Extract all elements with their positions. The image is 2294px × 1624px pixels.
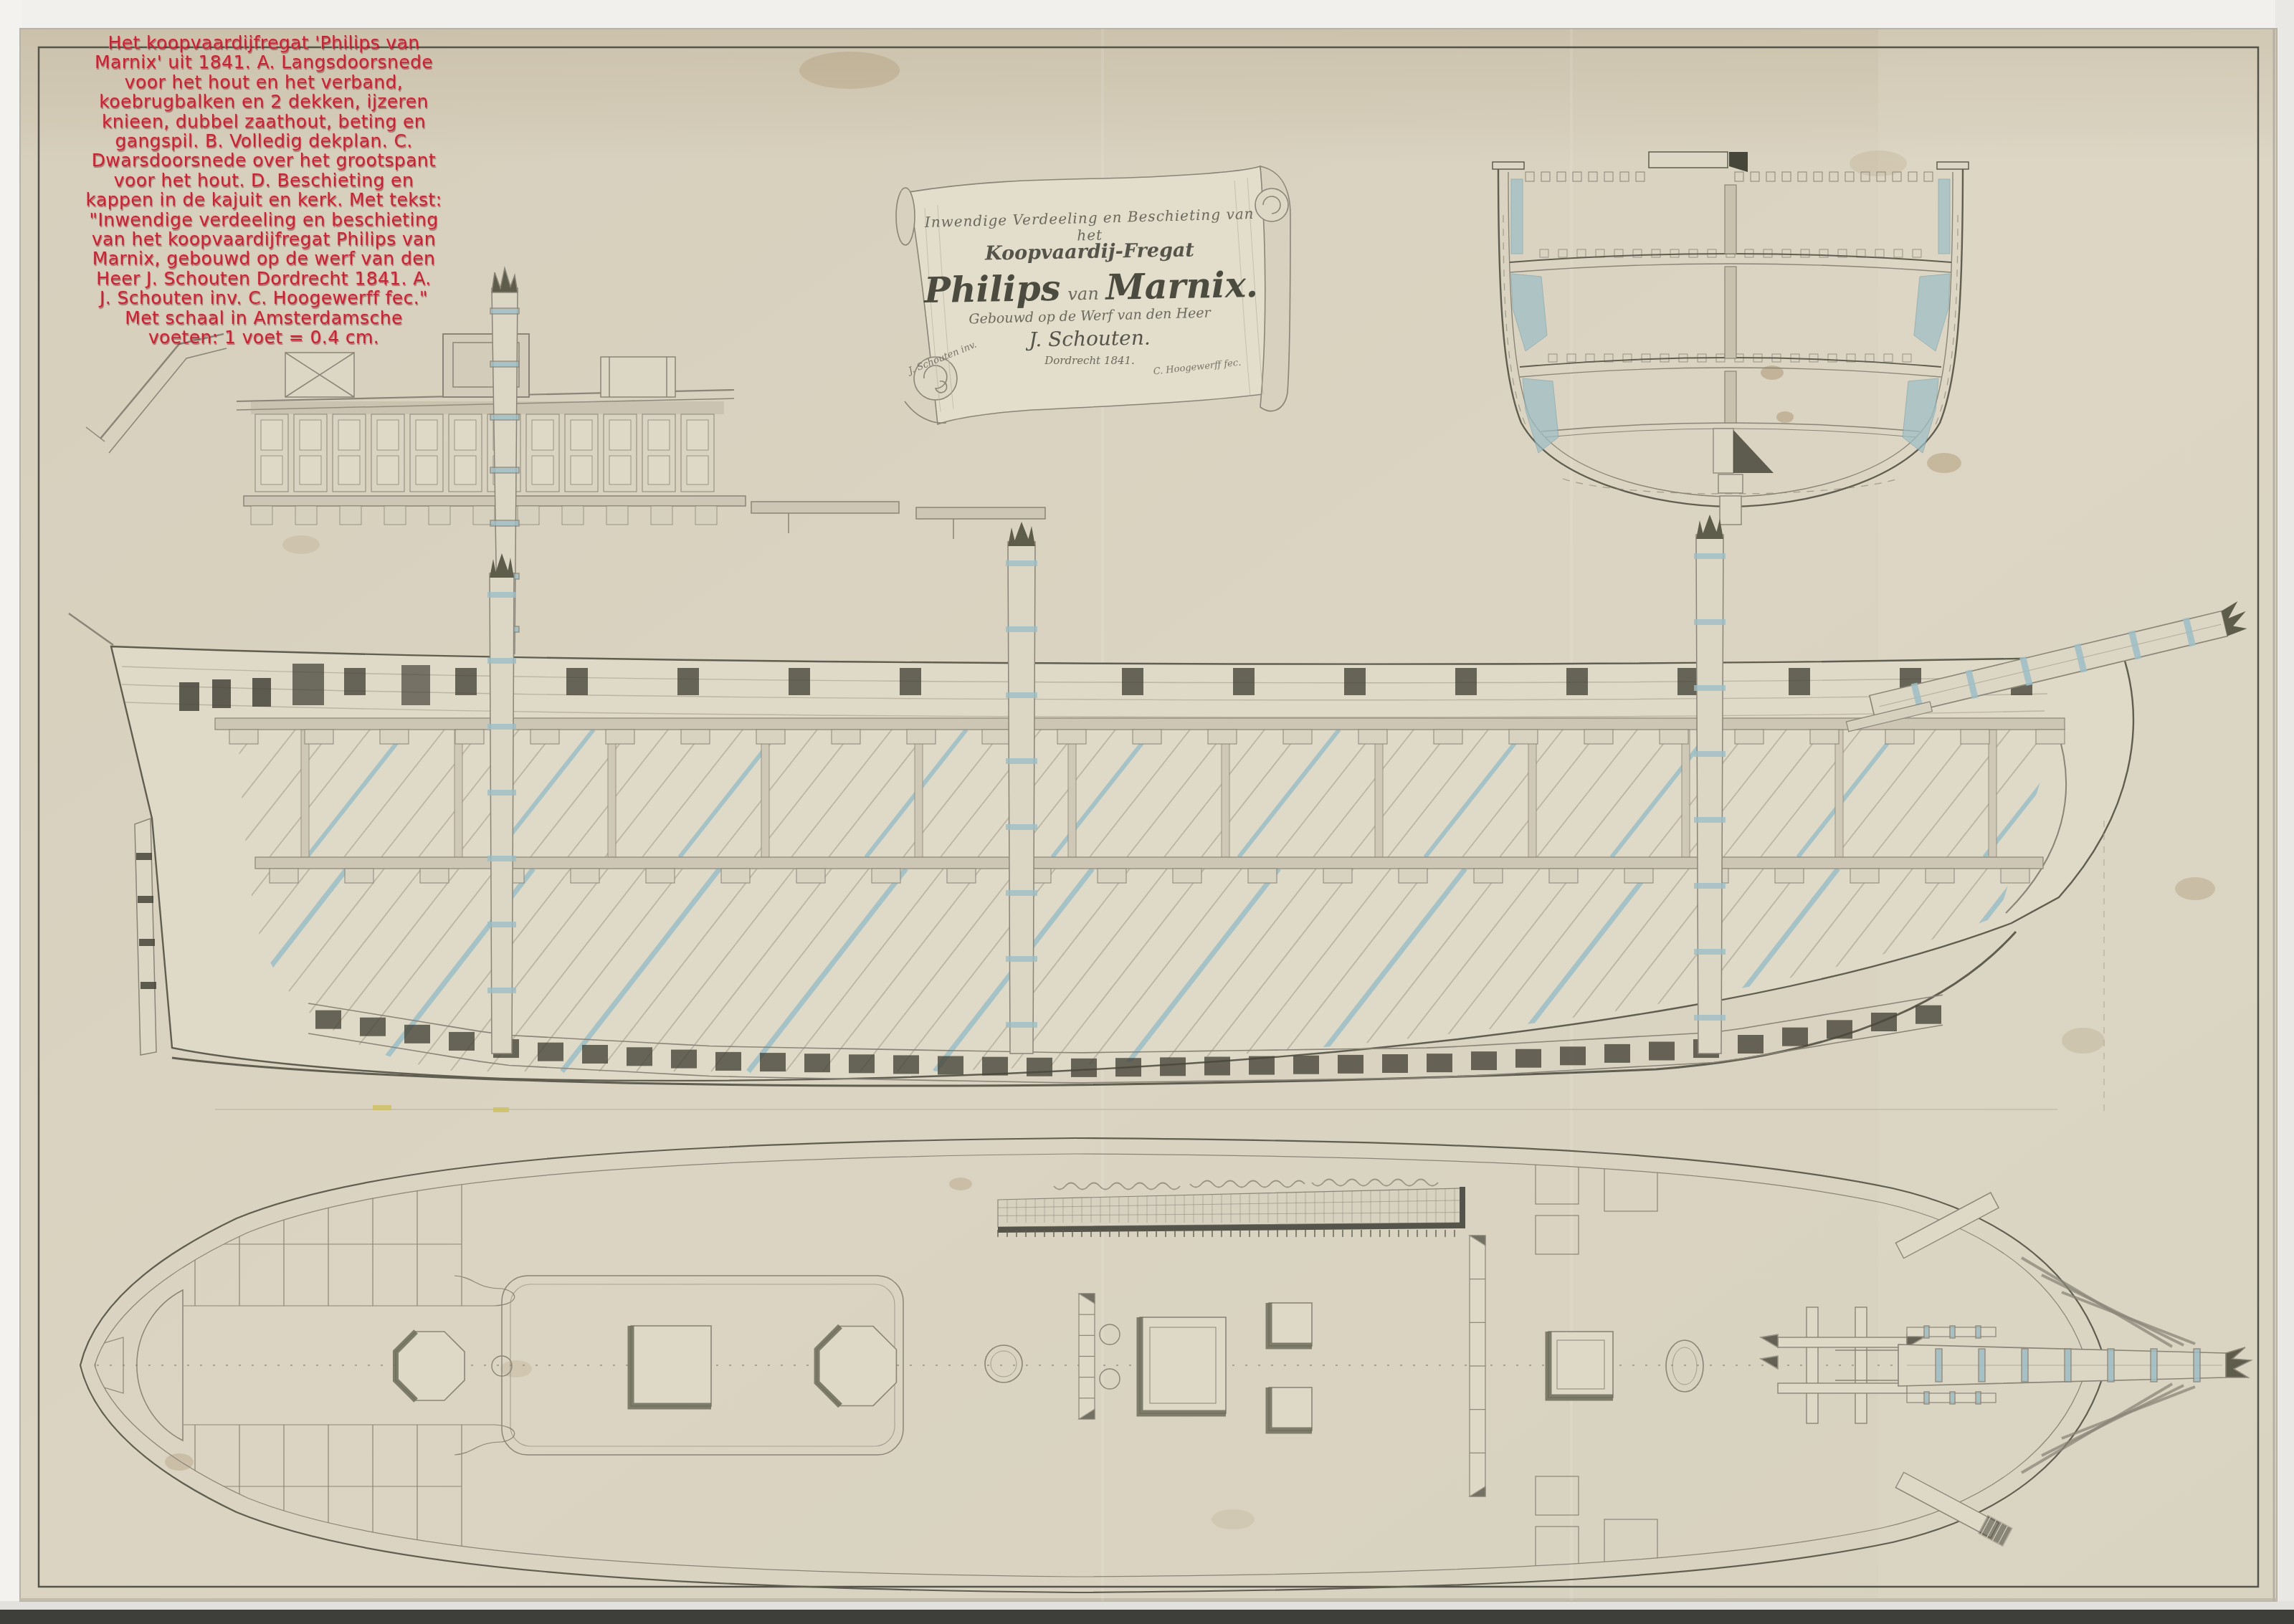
scanned-ship-plan: Het koopvaardijfregat 'Philips van Marni… bbox=[0, 0, 2294, 1624]
scan-edge-strip bbox=[0, 1610, 2294, 1624]
title-cartouche-scroll bbox=[896, 166, 1290, 424]
ship-plan-canvas bbox=[0, 0, 2294, 1624]
